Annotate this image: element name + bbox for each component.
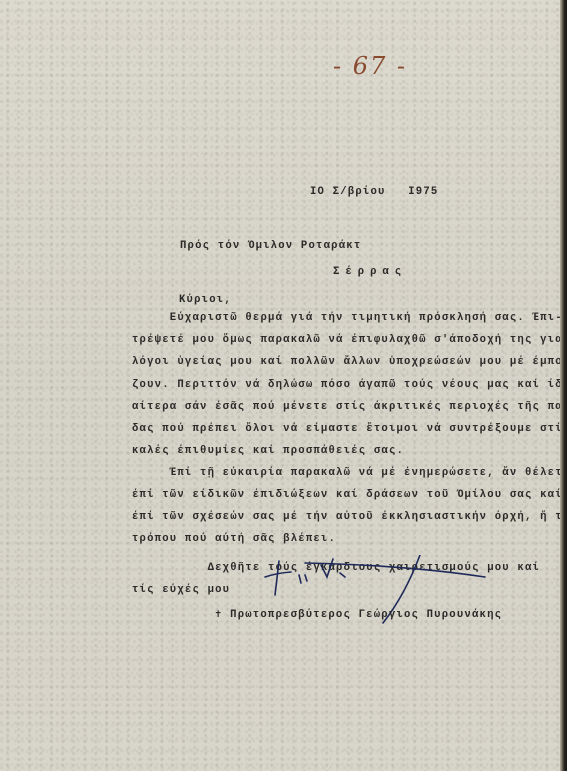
body-line: τρέψετέ μου ὅμως παρακαλῶ νά έπιφυλαχθῶ … (132, 334, 567, 346)
body-line: τρόπου πού αύτή σᾶς βλέπει. (132, 533, 336, 545)
body-line: έπί τῶν σχέσεών σας μέ τήν αύτοῦ έκκλησι… (132, 511, 567, 523)
body-line: δας πού πρέπει ὅλοι νά είμαστε ἕτοιμοι ν… (132, 423, 567, 435)
salutation: Κύριοι, (179, 294, 232, 306)
closing-line: τίς εύχές μου (132, 584, 230, 596)
body-line: Έπί τῇ εύκαιρία παρακαλῶ νά μέ ένημερώσε… (132, 467, 567, 479)
page-edge (560, 0, 567, 771)
letter-page: - 67 - IO Σ/βρίου I975 Πρός τόν Όμιλον Ρ… (0, 0, 560, 771)
body-line: Εύχαριστῶ θερμά γιά τήν τιμητική πρόσκλη… (132, 312, 563, 324)
recipient-line-2: Σέρρας (333, 266, 407, 278)
body-line: λόγοι ὑγείας μου καί πολλῶν ἄλλων ὑποχρε… (132, 356, 567, 368)
signatory-name: ✝ Πρωτοπρεσβύτερος Γεώργιος Πυρουνάκης (215, 608, 502, 621)
body-line: αίτερα σάν έσᾶς πού μένετε στίς άκριτικέ… (132, 401, 567, 413)
recipient-line-1: Πρός τόν Όμιλον Ροταράκτ (180, 240, 361, 252)
body-line: ζουν. Περιττόν νά δηλώσω πόσο άγαπῶ τούς… (132, 379, 567, 391)
body-line: έπί τῶν είδικῶν έπιδιώξεων καί δράσεων τ… (132, 489, 563, 501)
letter-date: IO Σ/βρίου I975 (310, 186, 438, 198)
body-line: καλές έπιθυμίες καί προσπάθειές σας. (132, 445, 404, 457)
page-number: - 67 - (333, 52, 407, 80)
